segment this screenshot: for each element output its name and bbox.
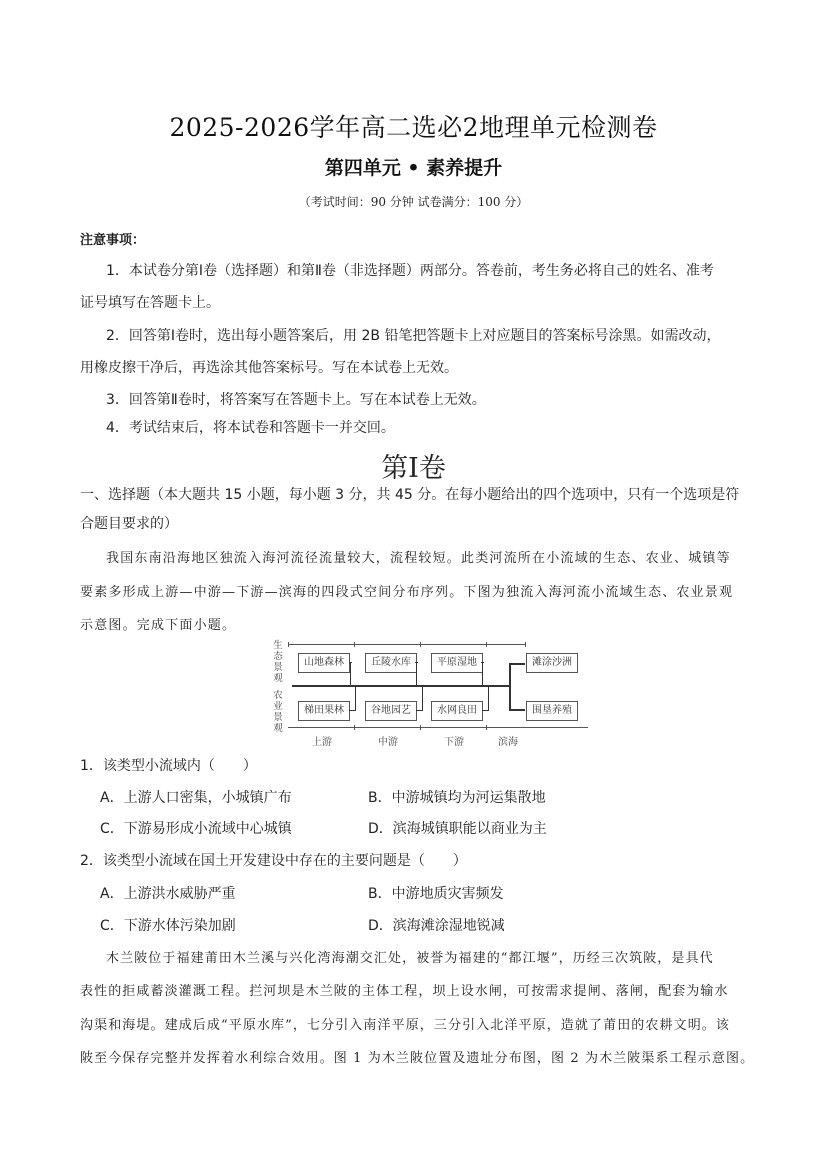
section-title: 第Ⅰ卷	[0, 446, 827, 485]
agri-box-valley-horticulture: 谷地园艺	[365, 701, 417, 721]
agri-box-water-network-farmland: 水网良田	[431, 701, 483, 721]
stage-coastal: 滨海	[488, 733, 528, 748]
question-1-option-d[interactable]: D．滨海城镇职能以商业为主	[368, 818, 547, 838]
passage2-line-2: 表性的拒咸蓄淡灌溉工程。拦河坝是木兰陂的主体工程，坝上设水闸，可按需求提闸、落闸…	[80, 980, 729, 999]
question-1-option-c[interactable]: C．下游易形成小流域中心城镇	[100, 818, 292, 838]
passage2-line-1: 木兰陂位于福建莆田木兰溪与兴化湾海潮交汇处，被誉为福建的“都江堰”，历经三次筑陂…	[106, 947, 714, 966]
question-2-option-a[interactable]: A．上游洪水威胁严重	[100, 883, 236, 903]
notice-line-4: 4．考试结束后，将本试卷和答题卡一并交回。	[106, 417, 395, 437]
notice-line-3: 3．回答第Ⅱ卷时，将答案写在答题卡上。写在本试卷上无效。	[106, 389, 486, 409]
stage-upstream: 上游	[302, 733, 342, 748]
notice-line-1-cont: 证号填写在答题卡上。	[80, 292, 220, 312]
question-2-stem: 2．该类型小流域在国土开发建设中存在的主要问题是（ ）	[80, 850, 467, 870]
question-2-option-d[interactable]: D．滨海滩涂湿地锐减	[368, 915, 505, 935]
passage2-line-4: 陂至今保存完整并发挥着水利综合效用。图 1 为木兰陂位置及遗址分布图，图 2 为…	[80, 1047, 754, 1066]
passage2-line-3: 沟渠和海堤。建成后成“平原水库”，七分引入南洋平原，三分引入北洋平原，造就了莆田…	[80, 1014, 730, 1033]
question-1-option-a[interactable]: A．上游人口密集，小城镇广布	[100, 787, 292, 807]
agriculture-row-label: 农业景观	[272, 690, 284, 734]
landscape-diagram: 生态景观 农业景观 山地森林 丘陵水库 平原湿地 滩涂沙洲 梯田果林 谷地园艺 …	[272, 638, 588, 744]
agri-box-terrace-orchard: 梯田果林	[298, 701, 350, 721]
section-instruction-2: 合题目要求的）	[80, 513, 178, 533]
question-1-stem: 1．该类型小流域内（ ）	[80, 755, 257, 775]
notice-heading: 注意事项：	[80, 229, 145, 248]
notice-line-1: 1．本试卷分第Ⅰ卷（选择题）和第Ⅱ卷（非选择题）两部分。答卷前，考生务必将自己的…	[106, 260, 714, 280]
stage-midstream: 中游	[368, 733, 408, 748]
agri-box-reclamation-aquaculture: 围垦养殖	[526, 701, 578, 721]
eco-box-hill-reservoir: 丘陵水库	[365, 653, 417, 673]
eco-box-mountain-forest: 山地森林	[298, 653, 350, 673]
section-instruction-1: 一、选择题（本大题共 15 小题，每小题 3 分，共 45 分。在每小题给出的四…	[80, 484, 739, 504]
exam-info: （考试时间：90 分钟 试卷满分：100 分）	[0, 193, 827, 210]
eco-box-tidal-flat: 滩涂沙洲	[526, 653, 578, 673]
eco-box-plain-wetland: 平原湿地	[431, 653, 483, 673]
question-1-option-b[interactable]: B．中游城镇均为河运集散地	[368, 787, 546, 807]
notice-line-2-cont: 用橡皮擦干净后，再选涂其他答案标号。写在本试卷上无效。	[80, 357, 458, 377]
exam-subtitle: 第四单元 • 素养提升	[0, 153, 827, 180]
exam-title: 2025-2026学年高二选必2地理单元检测卷	[0, 108, 827, 144]
question-2-option-c[interactable]: C．下游水体污染加剧	[100, 915, 236, 935]
question-2-option-b[interactable]: B．中游地质灾害频发	[368, 883, 504, 903]
stage-downstream: 下游	[434, 733, 474, 748]
notice-line-2: 2．回答第Ⅰ卷时，选出每小题答案后，用 2B 铅笔把答题卡上对应题目的答案标号涂…	[106, 325, 720, 345]
passage1-line-3: 示意图。完成下面小题。	[80, 614, 236, 633]
ecology-row-label: 生态景观	[272, 640, 284, 684]
passage1-line-2: 要素多形成上游—中游—下游—滨海的四段式空间分布序列。下图为独流入海河流小流域生…	[80, 581, 733, 600]
passage1-line-1: 我国东南沿海地区独流入海河流径流量较大，流程较短。此类河流所在小流域的生态、农业…	[106, 547, 731, 566]
